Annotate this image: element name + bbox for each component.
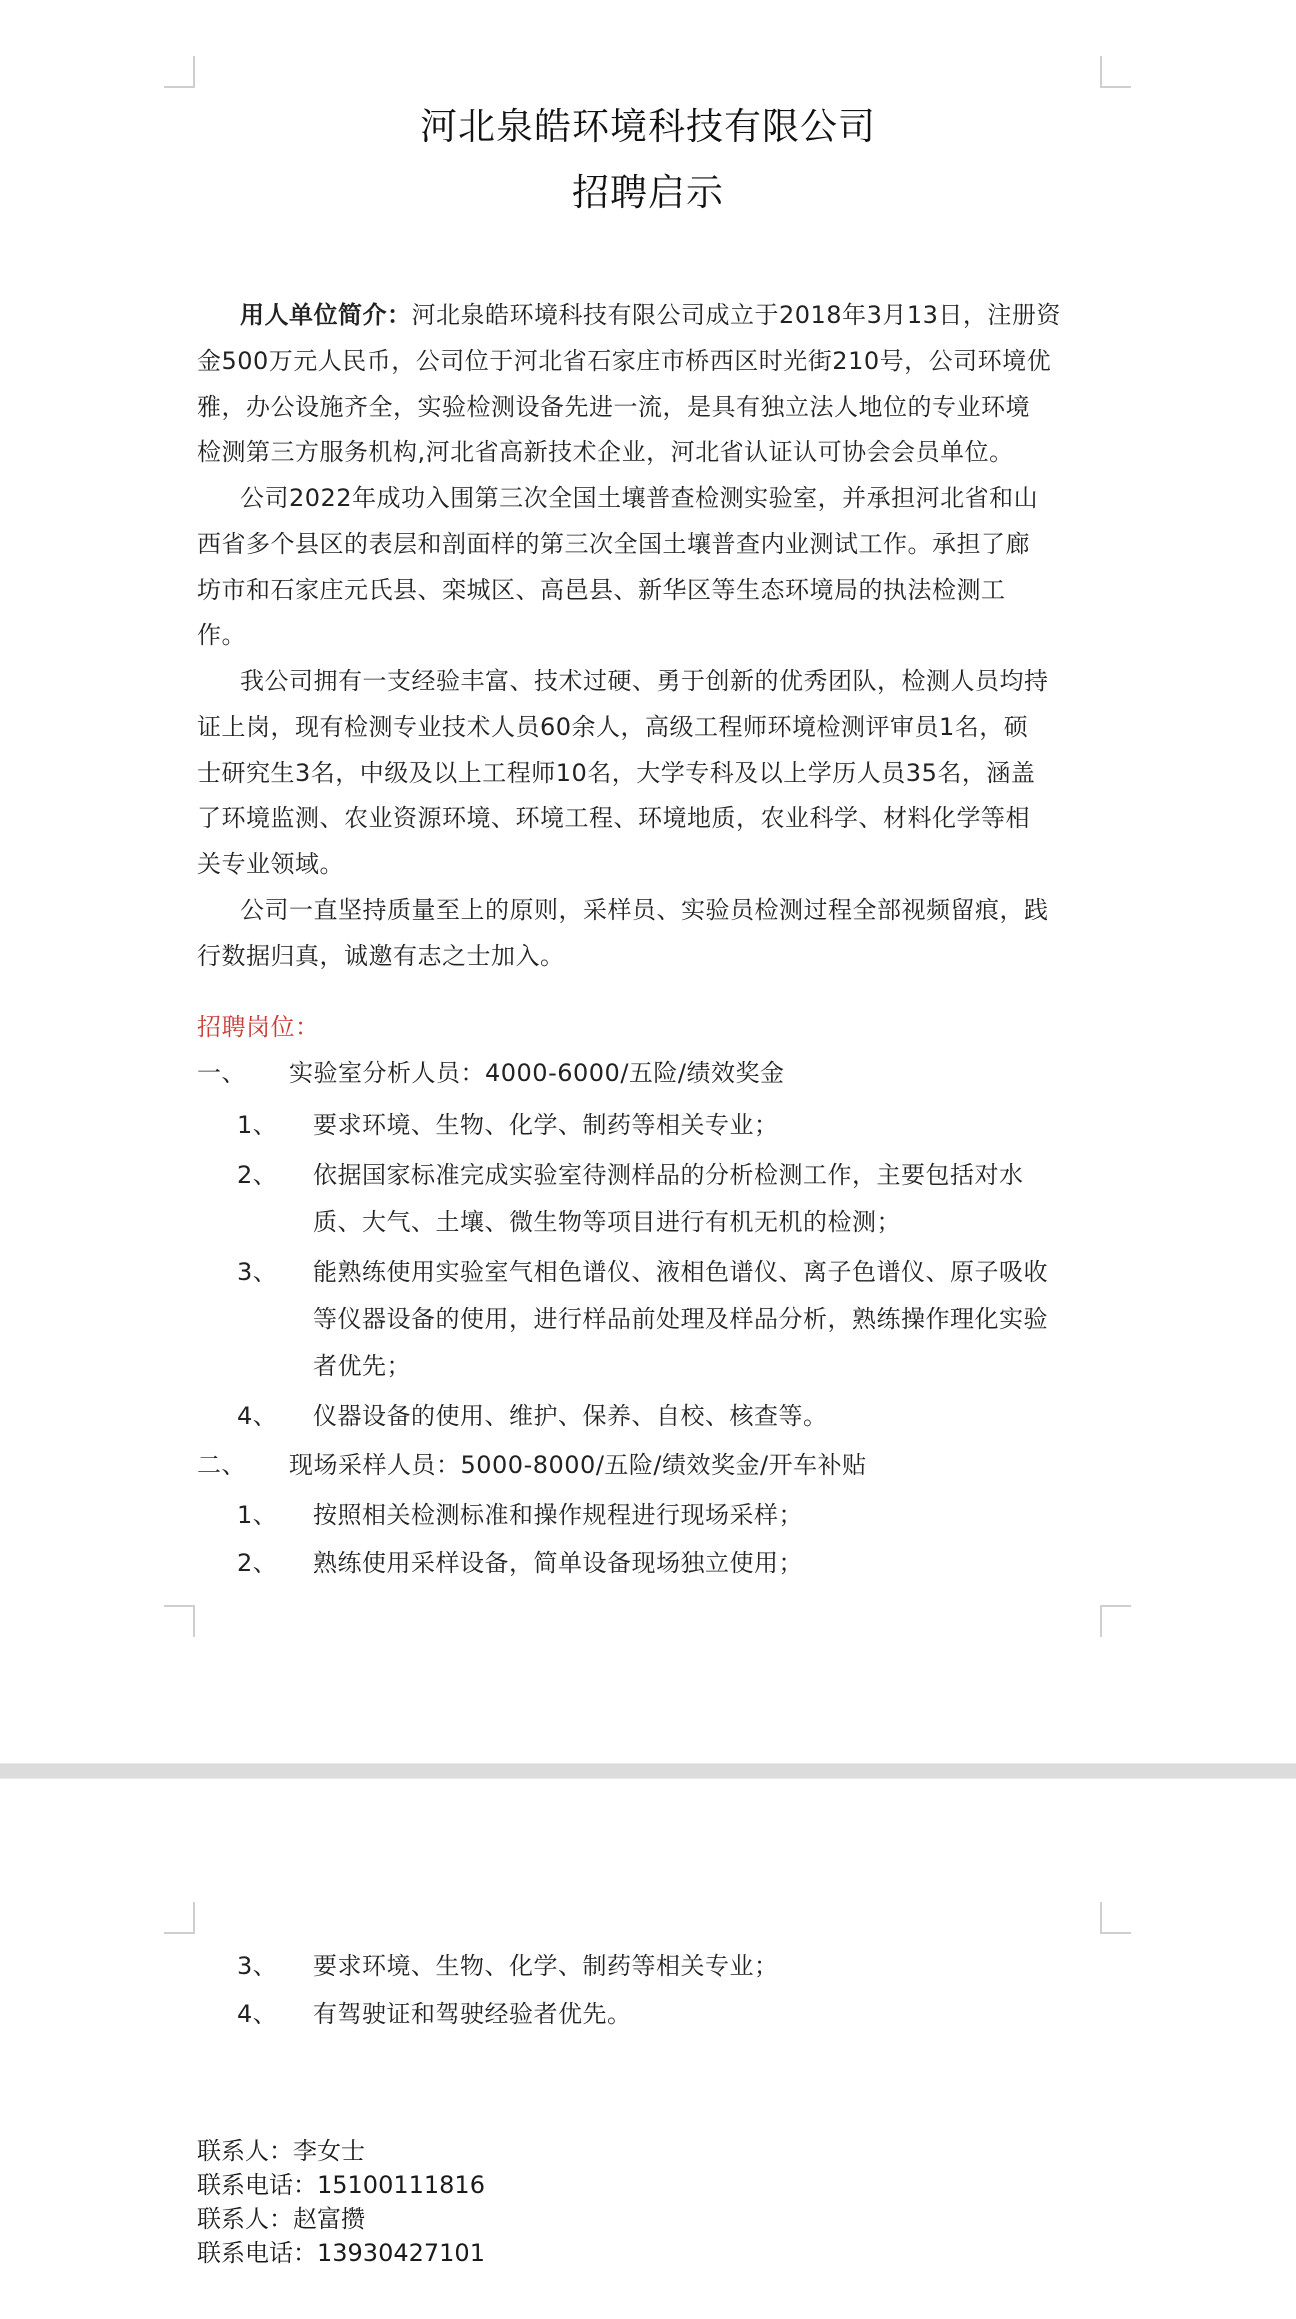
position-1-index: 一、 [197, 1058, 246, 1088]
contact-person-2: 联系人：赵富攒 [197, 2204, 365, 2234]
position-2-req-4-index: 4、 [237, 1999, 277, 2029]
page-corner-mark-top-left [164, 56, 195, 88]
position-1-req-3-line-2: 等仪器设备的使用，进行样品前处理及样品分析，熟练操作理化实验 [313, 1304, 1048, 1334]
position-2-index: 二、 [197, 1450, 246, 1480]
intro-line-4: 检测第三方服务机构,河北省高新技术企业，河北省认证认可协会会员单位。 [197, 437, 1014, 467]
para3-line-3: 士研究生3名，中级及以上工程师10名，大学专科及以上学历人员35名，涵盖 [197, 758, 1035, 788]
contact-label: 联系人： [197, 2137, 293, 2165]
document-page-1: 河北泉皓环境科技有限公司 招聘启示 用人单位简介：河北泉皓环境科技有限公司成立于… [0, 0, 1296, 1763]
contact-value: 赵富攒 [293, 2205, 365, 2233]
position-2-req-3: 要求环境、生物、化学、制药等相关专业； [313, 1951, 779, 1981]
para2-line-2: 西省多个县区的表层和剖面样的第三次全国土壤普查内业测试工作。承担了廊 [197, 529, 1030, 559]
position-1-title: 实验室分析人员：4000-6000/五险/绩效奖金 [289, 1058, 785, 1088]
contact-label: 联系电话： [197, 2171, 317, 2199]
position-1-req-2-index: 2、 [237, 1160, 277, 1190]
position-2-req-2: 熟练使用采样设备，简单设备现场独立使用； [313, 1548, 803, 1578]
page-corner-mark-bottom-right [1100, 1605, 1131, 1637]
page-corner-mark-top-left [164, 1902, 195, 1934]
page-break-separator [0, 1763, 1296, 1779]
contact-value: 李女士 [293, 2137, 365, 2165]
para4-line-1: 公司一直坚持质量至上的原则，采样员、实验员检测过程全部视频留痕，践 [240, 895, 1049, 925]
position-1-req-2-line-2: 质、大气、土壤、微生物等项目进行有机无机的检测； [313, 1207, 901, 1237]
position-1-req-2-line-1: 依据国家标准完成实验室待测样品的分析检测工作，主要包括对水 [313, 1160, 1024, 1190]
para2-line-3: 坊市和石家庄元氏县、栾城区、高邑县、新华区等生态环境局的执法检测工 [197, 575, 1006, 605]
position-1-req-3-index: 3、 [237, 1257, 277, 1287]
para3-line-1: 我公司拥有一支经验丰富、技术过硬、勇于创新的优秀团队，检测人员均持 [240, 666, 1049, 696]
contact-value: 15100111816 [317, 2171, 485, 2199]
position-1-req-4-index: 4、 [237, 1401, 277, 1431]
notice-title: 招聘启示 [0, 162, 1296, 216]
position-2-req-4: 有驾驶证和驾驶经验者优先。 [313, 1999, 632, 2029]
para2-line-4: 作。 [197, 620, 246, 650]
para3-line-5: 关专业领域。 [197, 849, 344, 879]
position-2-req-3-index: 3、 [237, 1951, 277, 1981]
position-2-req-1-index: 1、 [237, 1500, 277, 1530]
position-1-req-1: 要求环境、生物、化学、制药等相关专业； [313, 1110, 779, 1140]
intro-label: 用人单位简介： [240, 301, 412, 329]
position-1-req-3-line-1: 能熟练使用实验室气相色谱仪、液相色谱仪、离子色谱仪、原子吸收 [313, 1257, 1048, 1287]
contact-person-1: 联系人：李女士 [197, 2136, 365, 2166]
page-corner-mark-bottom-left [164, 1605, 195, 1637]
intro-text: 河北泉皓环境科技有限公司成立于2018年3月13日，注册资 [412, 301, 1061, 329]
intro-line-1: 用人单位简介：河北泉皓环境科技有限公司成立于2018年3月13日，注册资 [240, 300, 1061, 330]
contact-value: 13930427101 [317, 2239, 485, 2267]
position-2-req-2-index: 2、 [237, 1548, 277, 1578]
company-title: 河北泉皓环境科技有限公司 [0, 96, 1296, 150]
position-1-req-1-index: 1、 [237, 1110, 277, 1140]
position-2-title: 现场采样人员：5000-8000/五险/绩效奖金/开车补贴 [289, 1450, 867, 1480]
para4-line-2: 行数据归真，诚邀有志之士加入。 [197, 941, 565, 971]
para3-line-4: 了环境监测、农业资源环境、环境工程、环境地质，农业科学、材料化学等相 [197, 803, 1030, 833]
para2-line-1: 公司2022年成功入围第三次全国土壤普查检测实验室，并承担河北省和山 [240, 483, 1038, 513]
contact-phone-1: 联系电话：15100111816 [197, 2170, 485, 2200]
position-2-req-1: 按照相关检测标准和操作规程进行现场采样； [313, 1500, 803, 1530]
position-1-req-4: 仪器设备的使用、维护、保养、自校、核查等。 [313, 1401, 828, 1431]
position-1-req-3-line-3: 者优先； [313, 1351, 411, 1381]
intro-line-2: 金500万元人民币，公司位于河北省石家庄市桥西区时光街210号，公司环境优 [197, 346, 1051, 376]
para3-line-2: 证上岗，现有检测专业技术人员60余人，高级工程师环境检测评审员1名，硕 [197, 712, 1028, 742]
positions-heading: 招聘岗位： [197, 1012, 320, 1042]
document-page-2: 3、 要求环境、生物、化学、制药等相关专业； 4、 有驾驶证和驾驶经验者优先。 … [0, 1779, 1296, 2319]
intro-line-3: 雅，办公设施齐全，实验检测设备先进一流，是具有独立法人地位的专业环境 [197, 392, 1030, 422]
contact-label: 联系电话： [197, 2239, 317, 2267]
contact-phone-2: 联系电话：13930427101 [197, 2238, 485, 2268]
page-corner-mark-top-right [1100, 1902, 1131, 1934]
page-corner-mark-top-right [1100, 56, 1131, 88]
contact-label: 联系人： [197, 2205, 293, 2233]
